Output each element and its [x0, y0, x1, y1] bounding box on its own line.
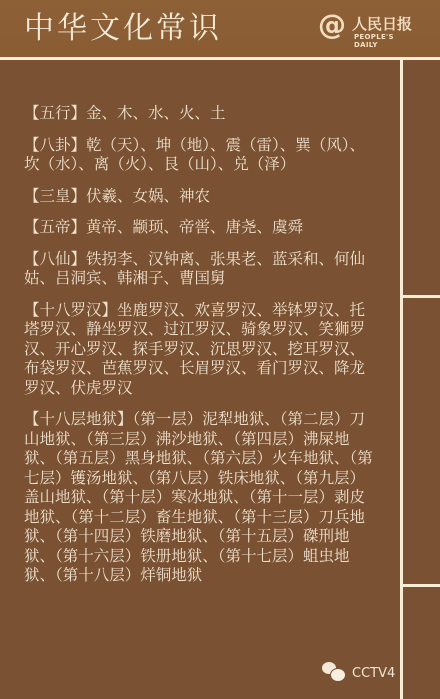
section-label: 【八卦】: [24, 136, 86, 154]
section-label: 【五行】: [24, 104, 86, 122]
divider-right-2: [403, 584, 440, 587]
section-luohan: 【十八罗汉】坐鹿罗汉、欢喜罗汉、举钵罗汉、托塔罗汉、静坐罗汉、过江罗汉、骑象罗汉…: [24, 301, 374, 399]
section-label: 【八仙】: [24, 250, 86, 268]
section-wudi: 【五帝】黄帝、颛顼、帝喾、唐尧、虞舜: [24, 218, 374, 238]
wechat-icon: [322, 662, 348, 684]
section-diyu: 【十八层地狱】（第一层）泥犁地狱、（第二层）刀山地狱、（第三层）沸沙地狱、（第四…: [24, 410, 374, 586]
section-text: 伏羲、女娲、神农: [86, 187, 210, 205]
logo-name-cn: 人民日报: [352, 13, 412, 34]
logo-name-en: PEOPLE'S DAILY: [354, 33, 418, 49]
at-icon: @: [318, 10, 346, 40]
page-title: 中华文化常识: [24, 12, 222, 46]
section-baxian: 【八仙】铁拐李、汉钟离、张果老、蓝采和、何仙姑、吕洞宾、韩湘子、曹国舅: [24, 250, 374, 289]
divider-top: [0, 57, 440, 60]
peoples-daily-logo: @ 人民日报 PEOPLE'S DAILY: [318, 10, 418, 46]
section-label: 【五帝】: [24, 218, 86, 236]
section-text: 金、木、水、火、土: [86, 104, 226, 122]
source-name: CCTV4: [352, 666, 395, 681]
section-wuxing: 【五行】金、木、水、火、土: [24, 104, 374, 124]
source-watermark: CCTV4: [352, 666, 395, 686]
content-list: 【五行】金、木、水、火、土 【八卦】乾（天）、坤（地）、震（雷）、巽（风）、坎（…: [24, 104, 374, 598]
section-label: 【三皇】: [24, 187, 86, 205]
section-sanhuang: 【三皇】伏羲、女娲、神农: [24, 187, 374, 207]
section-text: 黄帝、颛顼、帝喾、唐尧、虞舜: [86, 218, 303, 236]
divider-vertical: [400, 60, 403, 699]
header-banner: 中华文化常识 @ 人民日报 PEOPLE'S DAILY: [0, 0, 440, 57]
section-label: 【十八层地狱】: [24, 410, 133, 428]
section-text: （第一层）泥犁地狱、（第二层）刀山地狱、（第三层）沸沙地狱、（第四层）沸屎地狱、…: [24, 410, 373, 584]
divider-right-1: [403, 295, 440, 298]
section-bagua: 【八卦】乾（天）、坤（地）、震（雷）、巽（风）、坎（水）、离（火）、艮（山）、兑…: [24, 136, 374, 175]
section-label: 【十八罗汉】: [24, 301, 117, 319]
